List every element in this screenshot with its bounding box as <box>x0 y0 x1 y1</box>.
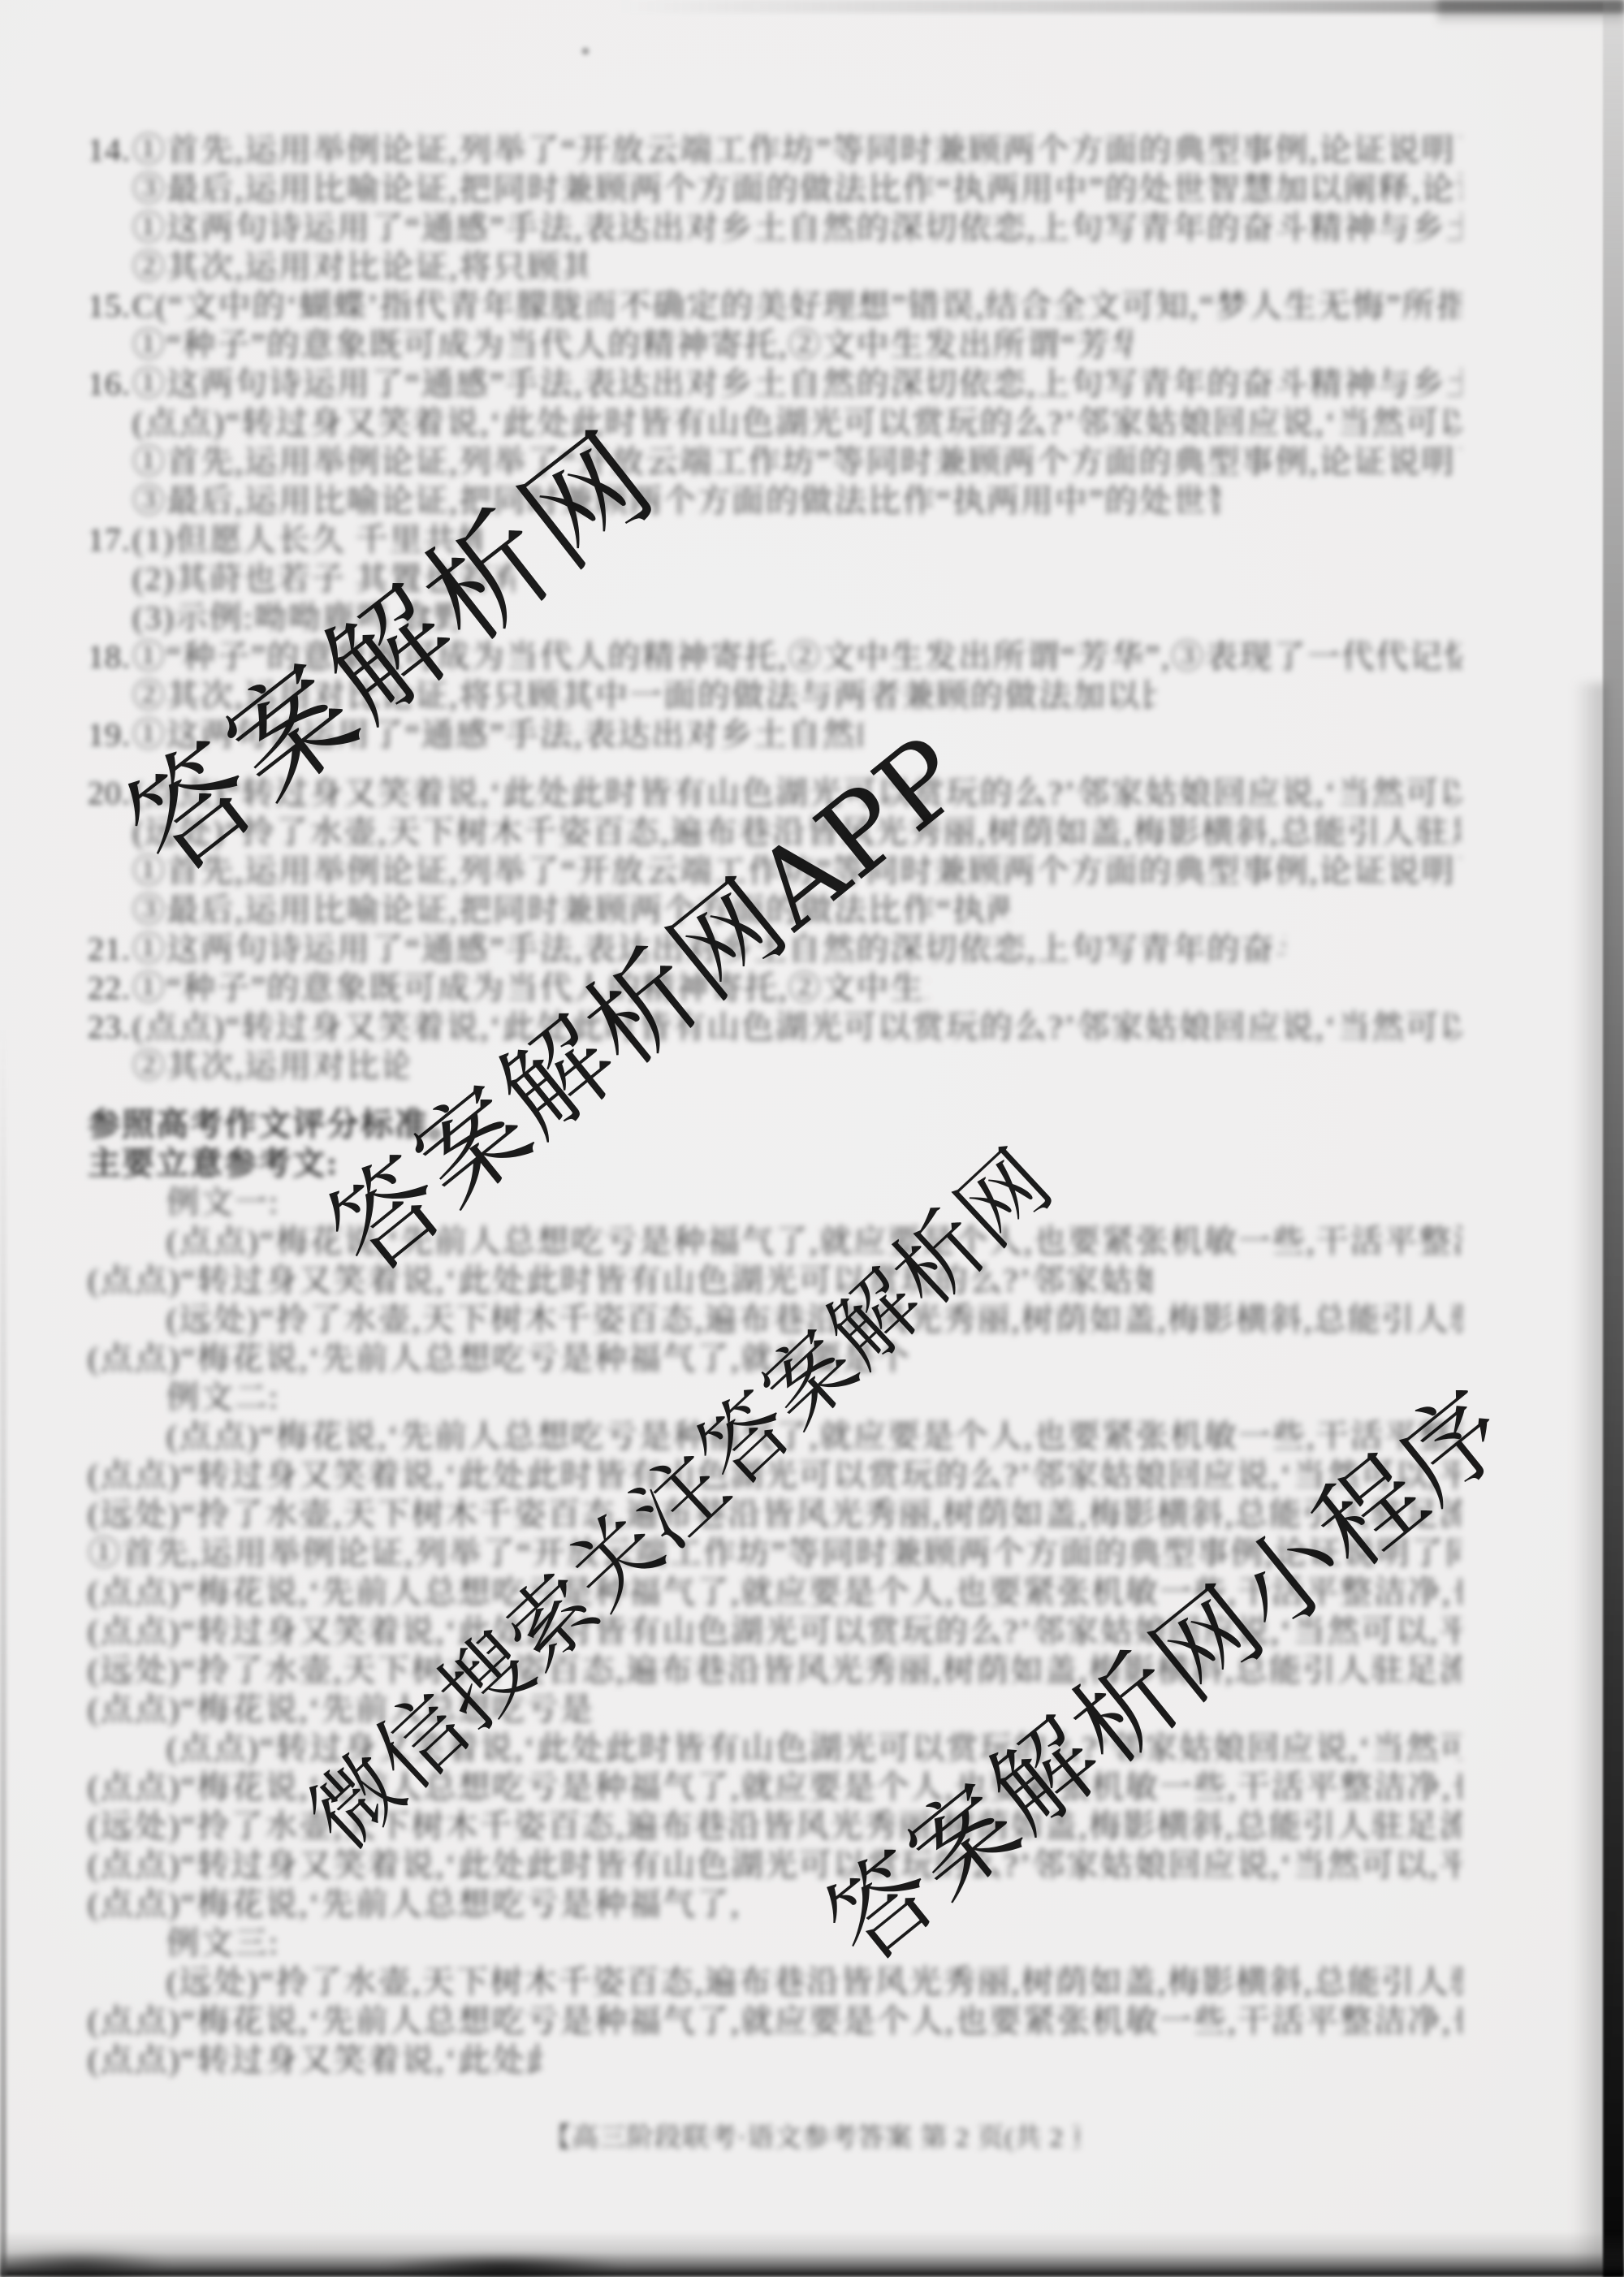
item-number: 15. <box>88 287 135 325</box>
blurred-text-line: 例文三: <box>166 1924 309 1962</box>
scan-edge-bottom-blob <box>382 2254 625 2277</box>
blurred-text-line: (点点)“转过身又笑着说,‘此处此时皆有山色湖光可以赏玩的么?’邻家姑娘回应说,… <box>132 1008 1462 1046</box>
blurred-text-line: ①首先,运用举例论证,列举了“开放云端工作坊”等同时兼顾两个方面的典型事例,论证… <box>132 131 1462 169</box>
blurred-text-line: (远处)“拎了水壶,天下树木千姿百态,遍布巷沿皆风光秀丽,树荫如盖,梅影横斜,总… <box>166 1963 1462 2001</box>
scan-edge-right-bar <box>1603 0 1624 2277</box>
blurred-text-line: ①这两句诗运用了“通感”手法,表达出对乡土自然的深切依恋,上句写青年的奋斗精神与… <box>132 365 1462 403</box>
scan-edge-bottom-left-blob <box>0 2249 169 2277</box>
blurred-text-line: (点点)“梅花说,‘先前人总想吃亏是种福气了,就应要是个人,也要紧张机敏一些,干… <box>88 2002 1462 2040</box>
footer-page-label: 【高三阶段联考·语文参考答案 第 2 页(共 2 页) 3028-G-YX】 <box>544 2121 1080 2155</box>
item-number: 21. <box>88 930 135 968</box>
blurred-text-line: (远处)“拎了水壶,天下树木千姿百态,遍布巷沿皆风光秀丽,树荫如盖,梅影横斜,总… <box>88 1807 1462 1845</box>
item-number: 14. <box>88 131 135 169</box>
blurred-text-line: ②其次,运用对比论证,将只顾其中一面的做法与两者兼顾的做法加以比较,论证了同时兼… <box>132 248 587 286</box>
item-number: 17. <box>88 521 135 559</box>
scan-edge-top-smudge <box>617 0 1624 13</box>
scan-edge-top-right-corner <box>1437 0 1624 24</box>
blurred-text-line: ①这两句诗运用了“通感”手法,表达出对乡土自然的深切依恋,上句写青年的奋斗精神与… <box>132 209 1462 247</box>
scan-edge-left-shade <box>0 1025 6 2277</box>
blurred-text-line: 例文一: <box>166 1183 309 1221</box>
scan-dust-spot <box>580 45 591 57</box>
item-number: 16. <box>88 365 135 403</box>
scan-edge-right-shadow <box>1574 683 1608 2277</box>
blurred-text-line: ①“种子”的意象既可成为当代人的精神寄托,②文中生发出所谓“芳华”,③表现了一代… <box>132 326 1131 364</box>
blurred-text-line: (点点)“转过身又笑着说,‘此处此时皆有山色湖光可以赏玩的么?’邻家姑娘回应说,… <box>132 404 1462 442</box>
blurred-text-line: (点点)“转过身又笑着说,‘此处此时皆有山色湖光可以赏玩的么?’邻家姑娘回应说,… <box>88 1846 1462 1884</box>
item-number: 22. <box>88 969 135 1007</box>
scan-edge-bottom-band <box>0 2232 1624 2277</box>
blurred-text-line: ③最后,运用比喻论证,把同时兼顾两个方面的做法比作“执两用中”的处世智慧加以阐释… <box>132 170 1462 208</box>
blurred-text-line: (点点)“梅花说,‘先前人总想吃亏是种福气了,就应要是个人,也要紧张机敏一些,干… <box>88 1885 737 1923</box>
blurred-text-line: (点点)“转过身又笑着说,‘此处此时皆有山色湖光可以赏玩的么?’邻家姑娘回应说,… <box>88 2041 542 2079</box>
item-number: 18. <box>88 637 135 676</box>
item-number: 23. <box>88 1008 135 1046</box>
blurred-text-line: C(“文中的‘蝴蝶’指代青年朦胧而不确定的美好理想”错误,结合全文可知,“梦人生… <box>132 287 1462 325</box>
blurred-text-line: 例文二: <box>166 1378 309 1416</box>
scanned-answer-page: 14.①首先,运用举例论证,列举了“开放云端工作坊”等同时兼顾两个方面的典型事例… <box>0 0 1624 2277</box>
blurred-text-line: ①首先,运用举例论证,列举了“开放云端工作坊”等同时兼顾两个方面的典型事例,论证… <box>132 443 1462 481</box>
blurred-text-line: ②其次,运用对比论证,将只顾其中一面的做法与两者兼顾的做法加以比较,论证了同时兼… <box>132 1047 408 1085</box>
